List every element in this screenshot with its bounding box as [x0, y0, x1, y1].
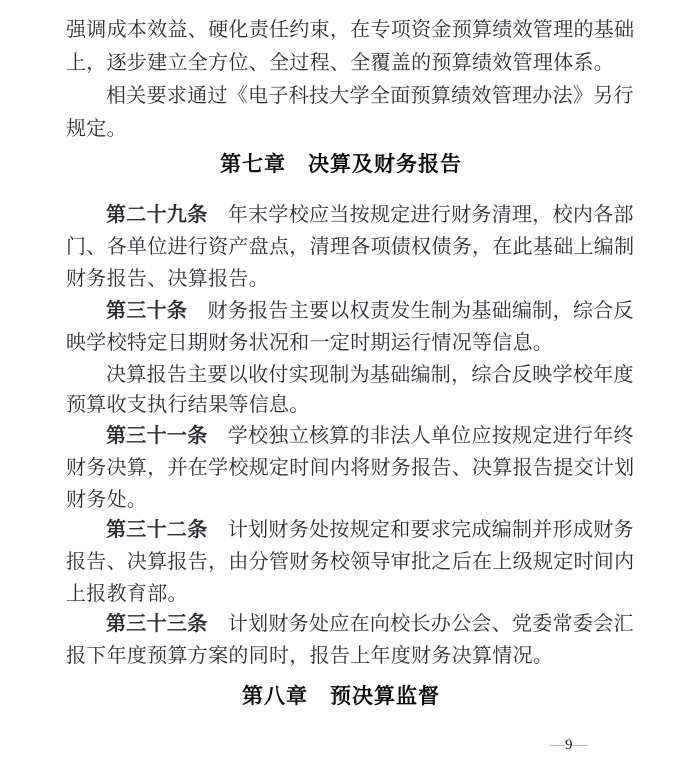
article-number: 第三十三条	[106, 613, 208, 635]
line-text: 规定。	[66, 118, 127, 140]
document-line: 上，逐步建立全方位、全过程、全覆盖的预算绩效管理体系。	[66, 51, 614, 75]
line-text: 报告、决算报告，由分管财务校领导审批之后在上级规定时间内	[66, 551, 634, 573]
line-text: 门、各单位进行资产盘点，清理各项债权债务，在此基础上编制	[66, 236, 634, 258]
document-line: 第二十九条 年末学校应当按规定进行财务清理，校内各部	[106, 203, 634, 227]
document-line: 预算收支执行结果等信息。	[66, 393, 310, 417]
document-line: 第三十条 财务报告主要以权责发生制为基础编制，综合反	[106, 299, 634, 323]
document-line: 强调成本效益、硬化责任约束，在专项资金预算绩效管理的基础	[66, 18, 634, 42]
article-number: 第三十一条	[106, 425, 208, 447]
article-number: 第二十九条	[106, 204, 208, 226]
document-line: 报告、决算报告，由分管财务校领导审批之后在上级规定时间内	[66, 550, 634, 574]
document-line: 规定。	[66, 117, 127, 141]
line-text: 计划财务处应在向校长办公会、党委常委会汇	[208, 613, 634, 635]
line-text: 相关要求通过《电子科技大学全面预算绩效管理办法》另行	[106, 85, 634, 107]
document-line: 映学校特定日期财务状况和一定时期运行情况等信息。	[66, 331, 553, 355]
document-line: 门、各单位进行资产盘点，清理各项债权债务，在此基础上编制	[66, 235, 634, 259]
document-line: 第三十二条 计划财务处按规定和要求完成编制并形成财务	[106, 518, 634, 542]
chapter-heading-7: 第七章 决算及财务报告	[0, 152, 682, 178]
line-text: 强调成本效益、硬化责任约束，在专项资金预算绩效管理的基础	[66, 19, 634, 41]
line-text: 财务决算，并在学校规定时间内将财务报告、决算报告提交计划	[66, 457, 634, 479]
line-text: 计划财务处按规定和要求完成编制并形成财务	[208, 519, 634, 541]
document-line: 第三十一条 学校独立核算的非法人单位应按规定进行年终	[106, 424, 634, 448]
document-page: 强调成本效益、硬化责任约束，在专项资金预算绩效管理的基础 上，逐步建立全方位、全…	[0, 0, 682, 769]
line-text: 财务报告主要以权责发生制为基础编制，综合反	[187, 300, 634, 322]
document-line: 财务处。	[66, 488, 147, 512]
line-text: 上报教育部。	[66, 583, 188, 605]
line-text: 决算报告主要以收付实现制为基础编制，综合反映学校年度	[106, 364, 634, 386]
line-text: 预算收支执行结果等信息。	[66, 394, 310, 416]
document-line: 决算报告主要以收付实现制为基础编制，综合反映学校年度	[106, 363, 634, 387]
page-number-left-dash: —	[550, 737, 565, 753]
line-text: 报下年度预算方案的同时，报告上年度财务决算情况。	[66, 645, 553, 667]
line-text: 学校独立核算的非法人单位应按规定进行年终	[208, 425, 634, 447]
document-line: 相关要求通过《电子科技大学全面预算绩效管理办法》另行	[106, 84, 634, 108]
line-text: 上，逐步建立全方位、全过程、全覆盖的预算绩效管理体系。	[66, 52, 614, 74]
line-text: 年末学校应当按规定进行财务清理，校内各部	[208, 204, 634, 226]
document-line: 财务决算，并在学校规定时间内将财务报告、决算报告提交计划	[66, 456, 634, 480]
line-text: 映学校特定日期财务状况和一定时期运行情况等信息。	[66, 332, 553, 354]
document-line: 上报教育部。	[66, 582, 188, 606]
article-number: 第三十二条	[106, 519, 208, 541]
line-text: 财务处。	[66, 489, 147, 511]
line-text: 财务报告、决算报告。	[66, 268, 269, 290]
article-number: 第三十条	[106, 300, 187, 322]
chapter-heading-8: 第八章 预决算监督	[0, 684, 682, 710]
document-line: 第三十三条 计划财务处应在向校长办公会、党委常委会汇	[106, 612, 634, 636]
page-number: —9—	[550, 736, 588, 754]
document-line: 财务报告、决算报告。	[66, 267, 269, 291]
page-number-right-dash: —	[573, 737, 588, 753]
document-line: 报下年度预算方案的同时，报告上年度财务决算情况。	[66, 644, 553, 668]
page-number-value: 9	[565, 737, 573, 753]
